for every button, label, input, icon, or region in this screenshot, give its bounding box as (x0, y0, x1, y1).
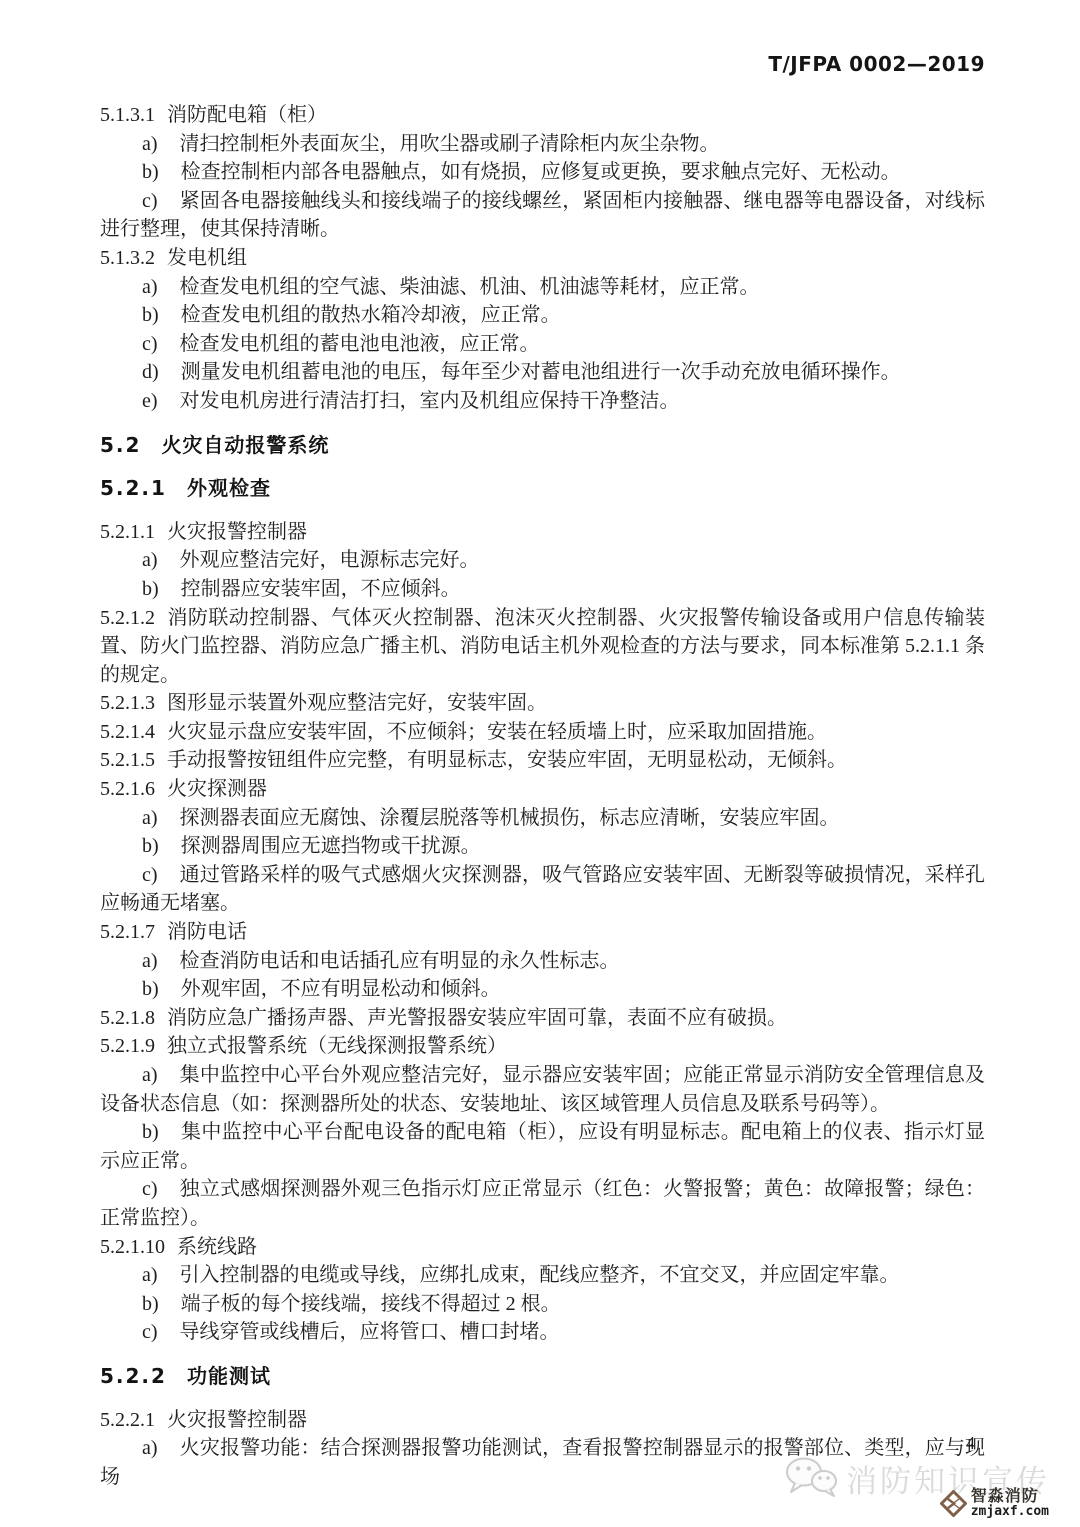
item-text: 通过管路采样的吸气式感烟火灾探测器，吸气管路应安装牢固、无断裂等破损情况，采样孔… (100, 864, 985, 915)
item-text: 探测器周围应无遮挡物或干扰源。 (181, 835, 481, 857)
list-item: a)引入控制器的电缆或导线，应绑扎成束，配线应整齐，不宜交叉，并应固定牢靠。 (100, 1261, 985, 1290)
item-marker: c) (142, 190, 180, 212)
clause-number: 5.2.1.9 (100, 1035, 167, 1057)
item-marker: c) (142, 333, 180, 355)
item-marker: b) (142, 304, 181, 326)
section-heading: 5.2火灾自动报警系统 (100, 431, 985, 460)
clause-text: 功能测试 (187, 1364, 271, 1388)
list-item: a)清扫控制柜外表面灰尘，用吹尘器或刷子清除柜内灰尘杂物。 (100, 130, 985, 159)
item-text: 对发电机房进行清洁打扫，室内及机组应保持干净整洁。 (180, 390, 680, 412)
item-text: 端子板的每个接线端，接线不得超过 2 根。 (181, 1293, 561, 1315)
brand-diamond-icon (940, 1490, 967, 1517)
wechat-icon (784, 1455, 838, 1501)
list-item: b)检查控制柜内部各电器触点，如有烧损，应修复或更换，要求触点完好、无松动。 (100, 158, 985, 187)
clause: 5.2.1.10系统线路 (100, 1233, 985, 1262)
clause: 5.2.1.8消防应急广播扬声器、声光警报器安装应牢固可靠，表面不应有破损。 (100, 1004, 985, 1033)
clause: 5.2.2.1火灾报警控制器 (100, 1406, 985, 1435)
list-item: a)检查发电机组的空气滤、柴油滤、机油、机油滤等耗材，应正常。 (100, 273, 985, 302)
item-text: 控制器应安装牢固，不应倾斜。 (181, 578, 461, 600)
clause-number: 5.2.1.6 (100, 778, 167, 800)
clause: 5.2.1.4火灾显示盘应安装牢固，不应倾斜；安装在轻质墙上时，应采取加固措施。 (100, 718, 985, 747)
document-body: 5.1.3.1消防配电箱（柜）a)清扫控制柜外表面灰尘，用吹尘器或刷子清除柜内灰… (100, 101, 985, 1491)
section-heading: 5.2.1外观检查 (100, 474, 985, 503)
clause-text: 系统线路 (177, 1236, 257, 1258)
clause-text: 独立式报警系统（无线探测报警系统） (167, 1035, 507, 1057)
clause-text: 火灾自动报警系统 (161, 433, 329, 457)
clause-text: 图形显示装置外观应整洁完好，安装牢固。 (167, 692, 547, 714)
clause-number: 5.1.3.2 (100, 247, 167, 269)
item-text: 紧固各电器接触线头和接线端子的接线螺丝，紧固柜内接触器、继电器等电器设备，对线标… (100, 190, 985, 241)
clause-text: 火灾报警控制器 (167, 1409, 307, 1431)
clause-number: 5.2.1.8 (100, 1007, 167, 1029)
list-item: b)端子板的每个接线端，接线不得超过 2 根。 (100, 1290, 985, 1319)
item-marker: b) (142, 978, 181, 1000)
item-text: 测量发电机组蓄电池的电压，每年至少对蓄电池组进行一次手动充放电循环操作。 (181, 361, 901, 383)
list-item: c)紧固各电器接触线头和接线端子的接线螺丝，紧固柜内接触器、继电器等电器设备，对… (100, 187, 985, 244)
list-item: c)导线穿管或线槽后，应将管口、槽口封堵。 (100, 1318, 985, 1347)
clause-number: 5.2.1.3 (100, 692, 167, 714)
item-marker: b) (142, 1293, 181, 1315)
list-item: a)集中监控中心平台外观应整洁完好，显示器应安装牢固；应能正常显示消防安全管理信… (100, 1061, 985, 1118)
brand-badge: 智淼消防 zmjaxf.com (940, 1488, 1049, 1518)
clause-text: 消防联动控制器、气体灭火控制器、泡沫灭火控制器、火灾报警传输设备或用户信息传输装… (100, 607, 985, 686)
clause-text: 火灾报警控制器 (167, 521, 307, 543)
item-text: 检查发电机组的散热水箱冷却液，应正常。 (181, 304, 561, 326)
item-text: 集中监控中心平台外观应整洁完好，显示器应安装牢固；应能正常显示消防安全管理信息及… (100, 1064, 985, 1115)
item-text: 引入控制器的电缆或导线，应绑扎成束，配线应整齐，不宜交叉，并应固定牢靠。 (180, 1264, 900, 1286)
clause-text: 火灾显示盘应安装牢固，不应倾斜；安装在轻质墙上时，应采取加固措施。 (167, 721, 827, 743)
item-marker: a) (142, 1064, 180, 1086)
list-item: b)外观牢固，不应有明显松动和倾斜。 (100, 975, 985, 1004)
item-text: 探测器表面应无腐蚀、涂覆层脱落等机械损伤，标志应清晰，安装应牢固。 (180, 807, 840, 829)
item-marker: a) (142, 1437, 180, 1459)
clause-number: 5.2 (100, 433, 161, 457)
clause: 5.2.1.3图形显示装置外观应整洁完好，安装牢固。 (100, 689, 985, 718)
clause-number: 5.2.2.1 (100, 1409, 167, 1431)
item-text: 独立式感烟探测器外观三色指示灯应正常显示（红色：火警报警；黄色：故障报警；绿色：… (100, 1178, 985, 1229)
item-marker: b) (142, 835, 181, 857)
item-text: 检查发电机组的空气滤、柴油滤、机油、机油滤等耗材，应正常。 (180, 276, 760, 298)
list-item: c)检查发电机组的蓄电池电池液，应正常。 (100, 330, 985, 359)
list-item: a)外观应整洁完好，电源标志完好。 (100, 546, 985, 575)
item-text: 导线穿管或线槽后，应将管口、槽口封堵。 (180, 1321, 560, 1343)
list-item: b)检查发电机组的散热水箱冷却液，应正常。 (100, 301, 985, 330)
clause-number: 5.2.1.5 (100, 749, 167, 771)
list-item: b)控制器应安装牢固，不应倾斜。 (100, 575, 985, 604)
item-marker: b) (142, 578, 181, 600)
list-item: b)探测器周围应无遮挡物或干扰源。 (100, 832, 985, 861)
item-marker: e) (142, 390, 180, 412)
item-marker: a) (142, 133, 180, 155)
item-marker: a) (142, 276, 180, 298)
list-item: a)探测器表面应无腐蚀、涂覆层脱落等机械损伤，标志应清晰，安装应牢固。 (100, 804, 985, 833)
clause: 5.2.1.1火灾报警控制器 (100, 518, 985, 547)
clause: 5.2.1.2消防联动控制器、气体灭火控制器、泡沫灭火控制器、火灾报警传输设备或… (100, 604, 985, 690)
list-item: e)对发电机房进行清洁打扫，室内及机组应保持干净整洁。 (100, 387, 985, 416)
clause-text: 消防配电箱（柜） (167, 104, 327, 126)
clause-number: 5.2.1.4 (100, 721, 167, 743)
clause-text: 消防电话 (167, 921, 247, 943)
item-marker: b) (142, 1121, 181, 1143)
item-marker: b) (142, 161, 181, 183)
item-text: 外观应整洁完好，电源标志完好。 (180, 549, 480, 571)
list-item: b)集中监控中心平台配电设备的配电箱（柜），应设有明显标志。配电箱上的仪表、指示… (100, 1118, 985, 1175)
clause-text: 外观检查 (187, 476, 271, 500)
clause-number: 5.1.3.1 (100, 104, 167, 126)
clause-text: 消防应急广播扬声器、声光警报器安装应牢固可靠，表面不应有破损。 (167, 1007, 787, 1029)
brand-text: 智淼消防 zmjaxf.com (971, 1488, 1049, 1518)
section-heading: 5.2.2功能测试 (100, 1362, 985, 1391)
brand-name: 智淼消防 (971, 1488, 1049, 1505)
list-item: c)独立式感烟探测器外观三色指示灯应正常显示（红色：火警报警；黄色：故障报警；绿… (100, 1175, 985, 1232)
item-marker: d) (142, 361, 181, 383)
item-text: 检查消防电话和电话插孔应有明显的永久性标志。 (180, 950, 620, 972)
clause-text: 手动报警按钮组件应完整，有明显标志，安装应牢固，无明显松动，无倾斜。 (167, 749, 847, 771)
item-marker: c) (142, 1321, 180, 1343)
item-marker: a) (142, 807, 180, 829)
list-item: d)测量发电机组蓄电池的电压，每年至少对蓄电池组进行一次手动充放电循环操作。 (100, 358, 985, 387)
clause-number: 5.2.1.1 (100, 521, 167, 543)
clause: 5.1.3.2发电机组 (100, 244, 985, 273)
brand-domain: zmjaxf.com (971, 1505, 1049, 1519)
list-item: a)检查消防电话和电话插孔应有明显的永久性标志。 (100, 947, 985, 976)
clause: 5.2.1.6火灾探测器 (100, 775, 985, 804)
item-text: 集中监控中心平台配电设备的配电箱（柜），应设有明显标志。配电箱上的仪表、指示灯显… (100, 1121, 985, 1172)
item-marker: a) (142, 950, 180, 972)
clause-number: 5.2.1.2 (100, 607, 167, 629)
clause: 5.1.3.1消防配电箱（柜） (100, 101, 985, 130)
clause: 5.2.1.5手动报警按钮组件应完整，有明显标志，安装应牢固，无明显松动，无倾斜… (100, 746, 985, 775)
item-text: 清扫控制柜外表面灰尘，用吹尘器或刷子清除柜内灰尘杂物。 (180, 133, 720, 155)
clause-text: 火灾探测器 (167, 778, 267, 800)
item-text: 检查发电机组的蓄电池电池液，应正常。 (180, 333, 540, 355)
clause: 5.2.1.7消防电话 (100, 918, 985, 947)
document-page: T/JFPA 0002—2019 5.1.3.1消防配电箱（柜）a)清扫控制柜外… (0, 0, 1080, 1527)
page-number: 4 (966, 1433, 975, 1454)
clause-number: 5.2.1.7 (100, 921, 167, 943)
item-marker: c) (142, 864, 180, 886)
clause-number: 5.2.1.10 (100, 1236, 177, 1258)
item-marker: a) (142, 549, 180, 571)
clause-text: 发电机组 (167, 247, 247, 269)
clause-number: 5.2.2 (100, 1364, 187, 1388)
item-marker: a) (142, 1264, 180, 1286)
item-marker: c) (142, 1178, 180, 1200)
doc-number: T/JFPA 0002—2019 (768, 52, 985, 76)
item-text: 检查控制柜内部各电器触点，如有烧损，应修复或更换，要求触点完好、无松动。 (181, 161, 901, 183)
clause-number: 5.2.1 (100, 476, 187, 500)
item-text: 外观牢固，不应有明显松动和倾斜。 (181, 978, 501, 1000)
list-item: c)通过管路采样的吸气式感烟火灾探测器，吸气管路应安装牢固、无断裂等破损情况，采… (100, 861, 985, 918)
clause: 5.2.1.9独立式报警系统（无线探测报警系统） (100, 1032, 985, 1061)
